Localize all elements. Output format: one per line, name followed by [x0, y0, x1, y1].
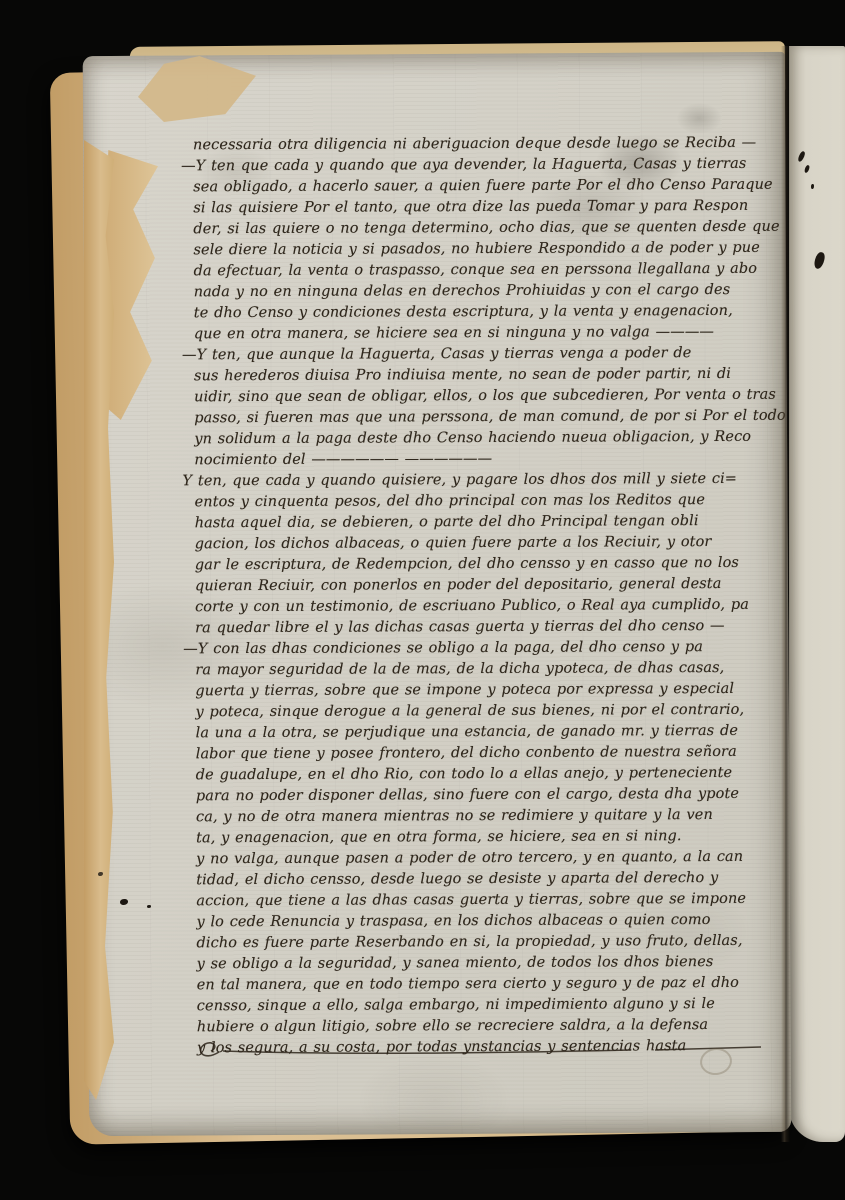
text-line: —Y con las dhas condiciones se obligo a … [183, 637, 770, 661]
text-line: gacion, los dichos albaceas, o quien fue… [195, 532, 770, 556]
closing-flourish [193, 1038, 768, 1068]
text-line: da efectuar, la venta o traspasso, conqu… [194, 259, 769, 283]
text-line: sus herederos diuisa Pro indiuisa mente,… [194, 364, 769, 388]
text-line: que en otra manera, se hiciere sea en si… [194, 322, 769, 346]
text-line: der, si las quiere o no tenga determino,… [193, 217, 768, 241]
text-line: ra quedar libre el y las dichas casas gu… [195, 616, 770, 640]
text-line: ca, y no de otra manera mientras no se r… [196, 805, 771, 829]
text-line: en tal manera, que en todo tiempo sera c… [197, 973, 772, 997]
text-line: dicho es fuere parte Reserbando en si, l… [196, 931, 771, 955]
text-line: ra mayor seguridad de la de mas, de la d… [195, 658, 770, 682]
text-line: tidad, el dicho censso, desde luego se d… [196, 868, 771, 892]
text-line: hasta aquel dia, se debieren, o parte de… [195, 511, 770, 535]
text-line: si las quisiere Por el tanto, que otra d… [193, 196, 768, 220]
text-line: labor que tiene y posee frontero, del di… [196, 742, 771, 766]
text-line: ta, y enagenacion, que en otra forma, se… [196, 826, 771, 850]
text-line: gar le escriptura, de Redempcion, del dh… [195, 553, 770, 577]
text-line: passo, si fueren mas que una perssona, d… [194, 406, 769, 430]
text-line: guerta y tierras, sobre que se impone y … [195, 679, 770, 703]
text-line: censso, sinque a ello, salga embargo, ni… [197, 994, 772, 1018]
text-line: y poteca, sinque derogue a la general de… [195, 700, 770, 724]
text-line: accion, que tiene a las dhas casas guert… [196, 889, 771, 913]
text-line: para no poder disponer dellas, sino fuer… [196, 784, 771, 808]
text-line: te dho Censo y condiciones desta escript… [194, 301, 769, 325]
text-line: entos y cinquenta pesos, del dho princip… [195, 490, 770, 514]
text-line: Y ten, que cada y quando quisiere, y pag… [182, 469, 769, 493]
manuscript-photo: necessaria otra diligencia ni aberiguaci… [0, 0, 845, 1200]
gutter-crease [781, 46, 790, 1142]
text-line: la una a la otra, se perjudique una esta… [196, 721, 771, 745]
text-line: y se obligo a la seguridad, y sanea mien… [197, 952, 772, 976]
text-line: sea obligado, a hacerlo sauer, a quien f… [193, 175, 768, 199]
handwritten-text-block: necessaria otra diligencia ni aberiguaci… [193, 133, 772, 1060]
text-line: de guadalupe, en el dho Rio, con todo lo… [196, 763, 771, 787]
text-line: sele diere la noticia y si pasados, no h… [193, 238, 768, 262]
text-line: y no valga, aunque pasen a poder de otro… [196, 847, 771, 871]
text-line: uidir, sino que sean de obligar, ellos, … [194, 385, 769, 409]
text-line: hubiere o algun litigio, sobre ello se r… [197, 1015, 772, 1039]
adjacent-page [789, 46, 845, 1142]
text-line: nocimiento del —————— —————— [194, 448, 769, 472]
text-line: yn solidum a la paga deste dho Censo hac… [194, 427, 769, 451]
text-line: necessaria otra diligencia ni aberiguaci… [193, 133, 768, 157]
text-line: nada y no en ninguna delas en derechos P… [194, 280, 769, 304]
text-line: —Y ten, que aunque la Haguerta, Casas y … [182, 343, 769, 367]
text-line: quieran Reciuir, con ponerlos en poder d… [195, 574, 770, 598]
text-line: corte y con un testimonio, de escriuano … [195, 595, 770, 619]
text-line: y lo cede Renuncia y traspasa, en los di… [196, 910, 771, 934]
text-line: —Y ten que cada y quando que aya devende… [181, 154, 768, 178]
